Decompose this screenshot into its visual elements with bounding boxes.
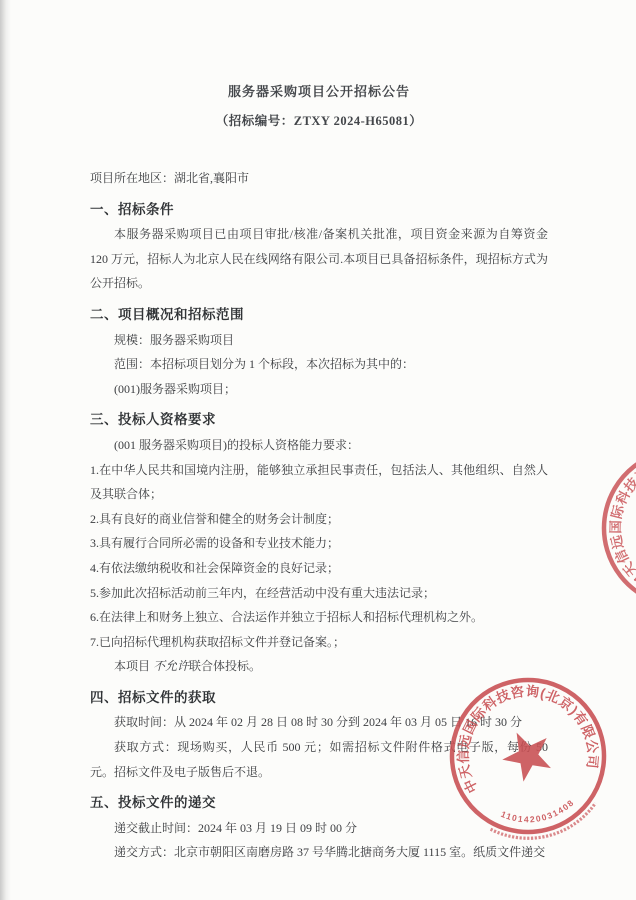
svg-text:中天信远国际科技咨询(北京)有限公司: 中天信远国际科技咨询(北京)有限公司	[577, 423, 636, 593]
qualification-item: 3.具有履行合同所必需的设备和专业技术能力；	[90, 531, 548, 556]
scale-line: 规模：服务器采购项目	[90, 328, 548, 353]
no-consortium-emphasis: 不允许	[153, 659, 189, 673]
no-consortium-suffix: 联合体投标。	[189, 659, 261, 673]
document-page: 服务器采购项目公开招标公告 （招标编号：ZTXY 2024-H65081） 项目…	[0, 0, 636, 900]
no-consortium-prefix: 本项目	[114, 659, 150, 673]
section-1-heading: 一、招标条件	[90, 198, 548, 223]
obtain-time-line: 获取时间：从 2024 年 02 月 28 日 08 时 30 分到 2024 …	[90, 710, 548, 735]
section-1-body: 本服务器采购项目已由项目审批/核准/备案机关批准，项目资金来源为自筹资金 120…	[90, 222, 548, 296]
partial-seal-stamp: 中天信远国际科技咨询(北京)有限公司 1101420031408	[542, 388, 636, 669]
section-2-heading: 二、项目概况和招标范围	[90, 303, 548, 328]
qualification-item: 7.已向招标代理机构获取招标文件并登记备案。；	[90, 630, 548, 655]
no-consortium-line: 本项目 不允许联合体投标。	[90, 654, 548, 679]
location-label: 项目所在地区：	[90, 171, 174, 185]
qualification-item: 4.有依法缴纳税收和社会保障资金的良好记录；	[90, 556, 548, 581]
obtain-method-line: 获取方式：现场购买，人民币 500 元；如需招标文件附件格式电子版，每份 50 …	[90, 735, 548, 784]
qualification-item: 2.具有良好的商业信誉和健全的财务会计制度；	[90, 507, 548, 532]
qualification-item: 6.在法律上和财务上独立、合法运作并独立于招标人和招标代理机构之外。	[90, 605, 548, 630]
document-title: 服务器采购项目公开招标公告	[90, 84, 548, 100]
document-content: 服务器采购项目公开招标公告 （招标编号：ZTXY 2024-H65081） 项目…	[90, 84, 548, 865]
qualification-item: 5.参加此次招标活动前三年内，在经营活动中没有重大违法记录；	[90, 581, 548, 606]
qualification-item: 1.在中华人民共和国境内注册，能够独立承担民事责任，包括法人、其他组织、自然人及…	[90, 458, 548, 507]
section-3-heading: 三、投标人资格要求	[90, 408, 548, 433]
qualification-intro: (001 服务器采购项目)的投标人资格能力要求：	[90, 433, 548, 458]
tender-number: （招标编号：ZTXY 2024-H65081）	[90, 113, 548, 129]
scope-line: 范围：本招标项目划分为 1 个标段，本次招标为其中的：	[90, 352, 548, 377]
seal-company-name: 中天信远国际科技咨询(北京)有限公司	[577, 423, 636, 593]
scan-edge-shadow	[0, 0, 11, 900]
submission-method-line: 递交方式：北京市朝阳区南磨房路 37 号华腾北搪商务大厦 1115 室。纸质文件…	[90, 840, 548, 865]
project-location-line: 项目所在地区：湖北省,襄阳市	[90, 166, 548, 191]
section-4-heading: 四、招标文件的获取	[90, 686, 548, 711]
location-value: 湖北省,襄阳市	[174, 171, 249, 185]
lot-line: (001)服务器采购项目；	[90, 377, 548, 402]
section-5-heading: 五、投标文件的递交	[90, 791, 548, 816]
submission-deadline-line: 递交截止时间：2024 年 03 月 19 日 09 时 00 分	[90, 816, 548, 841]
